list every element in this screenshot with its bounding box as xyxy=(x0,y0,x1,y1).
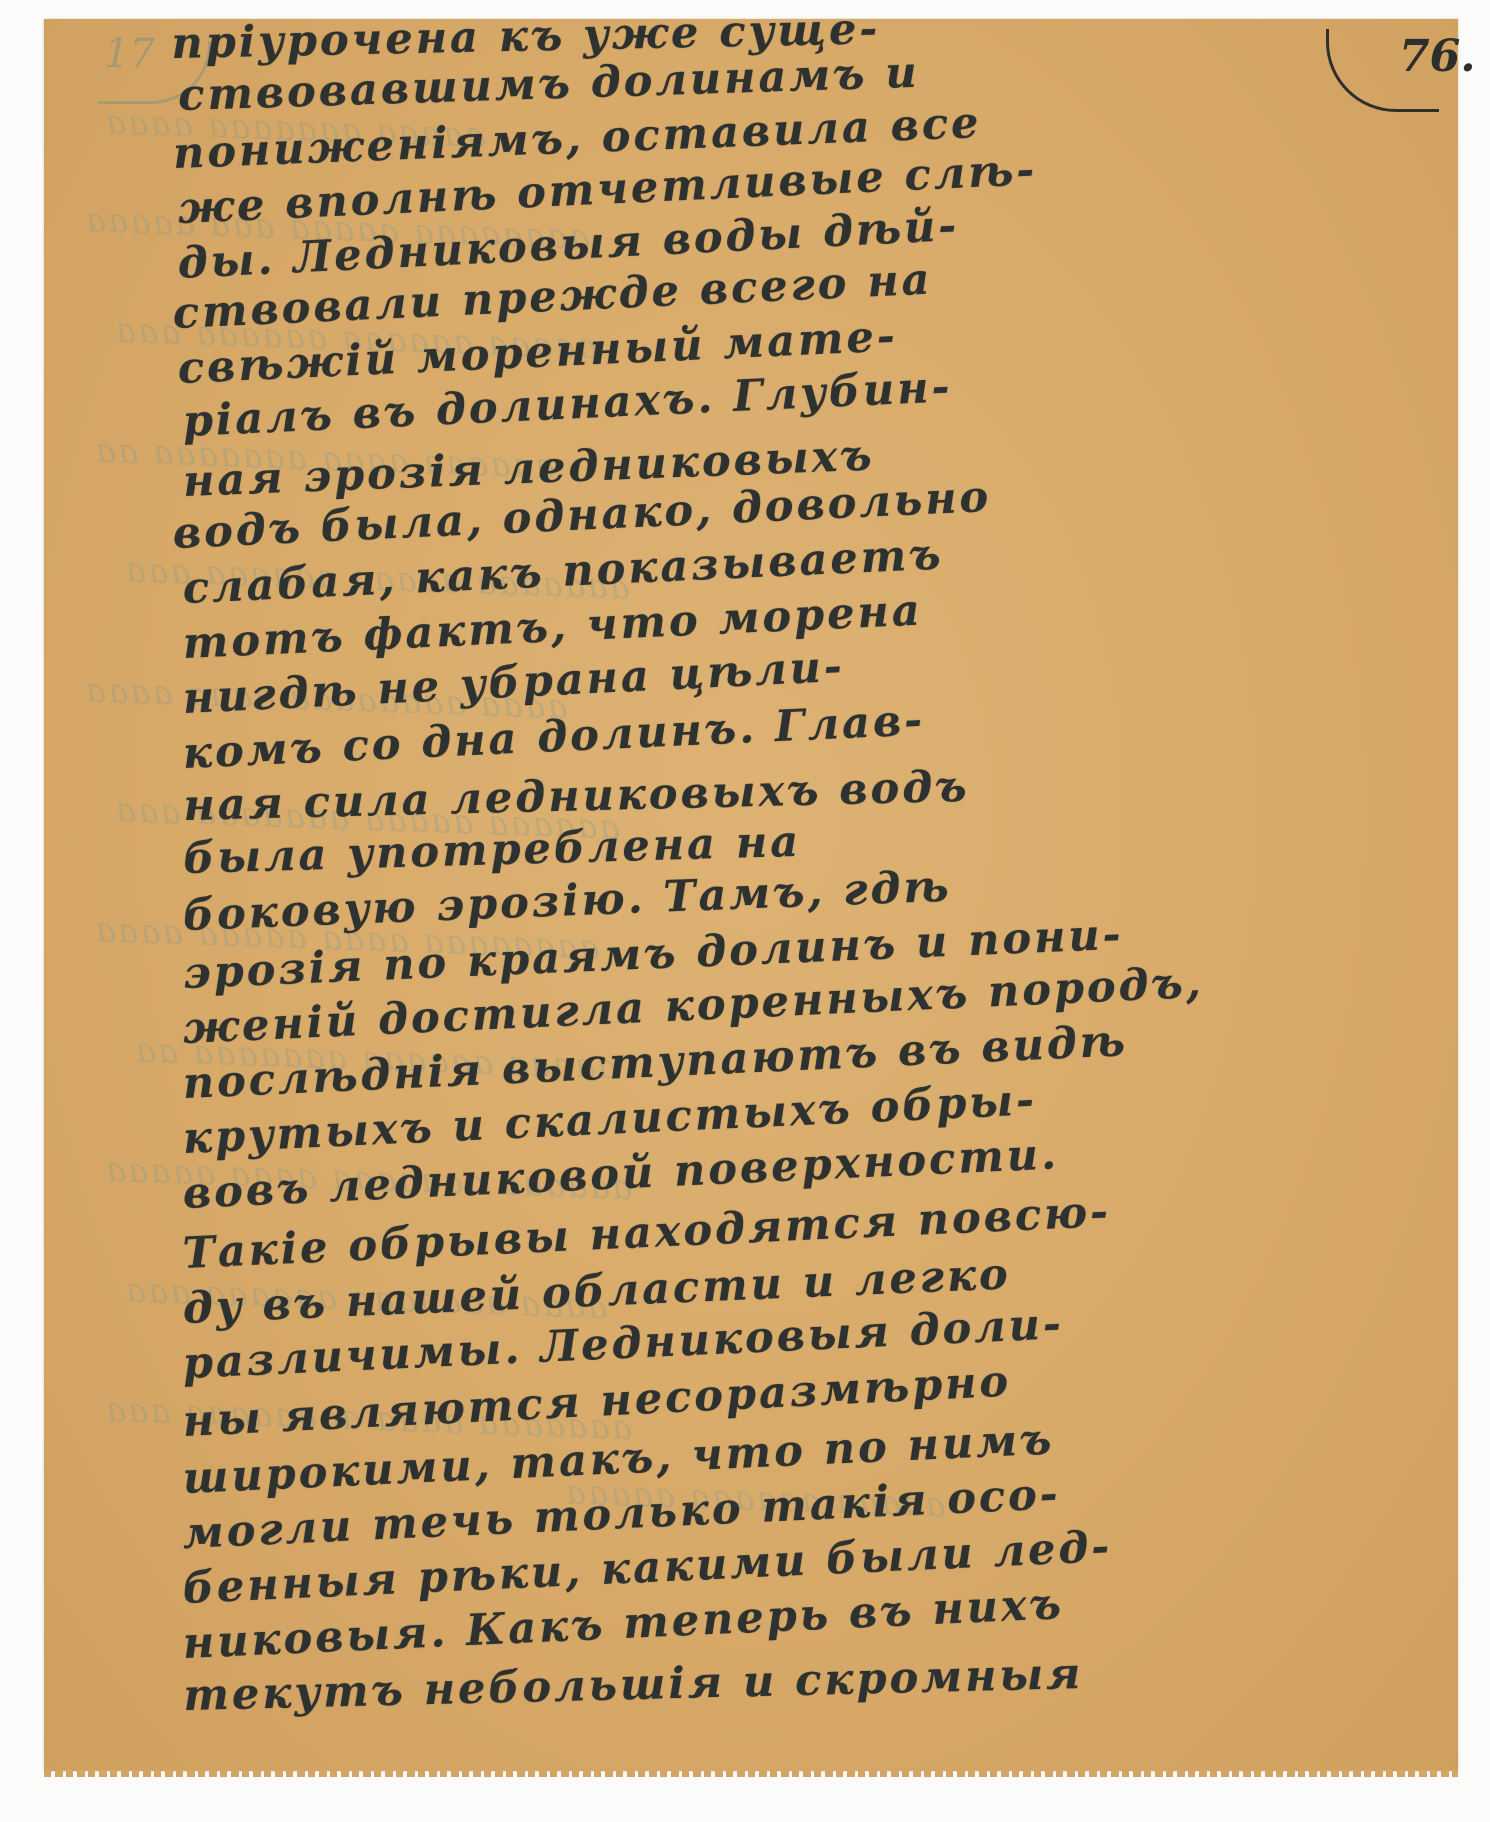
manuscript-page: ааааа ааааааа аааа аааааааа ааааа ааа аа… xyxy=(44,19,1458,1771)
handwritten-text: прiурочена къ уже суще- ствовавшимъ доли… xyxy=(44,19,1458,1771)
